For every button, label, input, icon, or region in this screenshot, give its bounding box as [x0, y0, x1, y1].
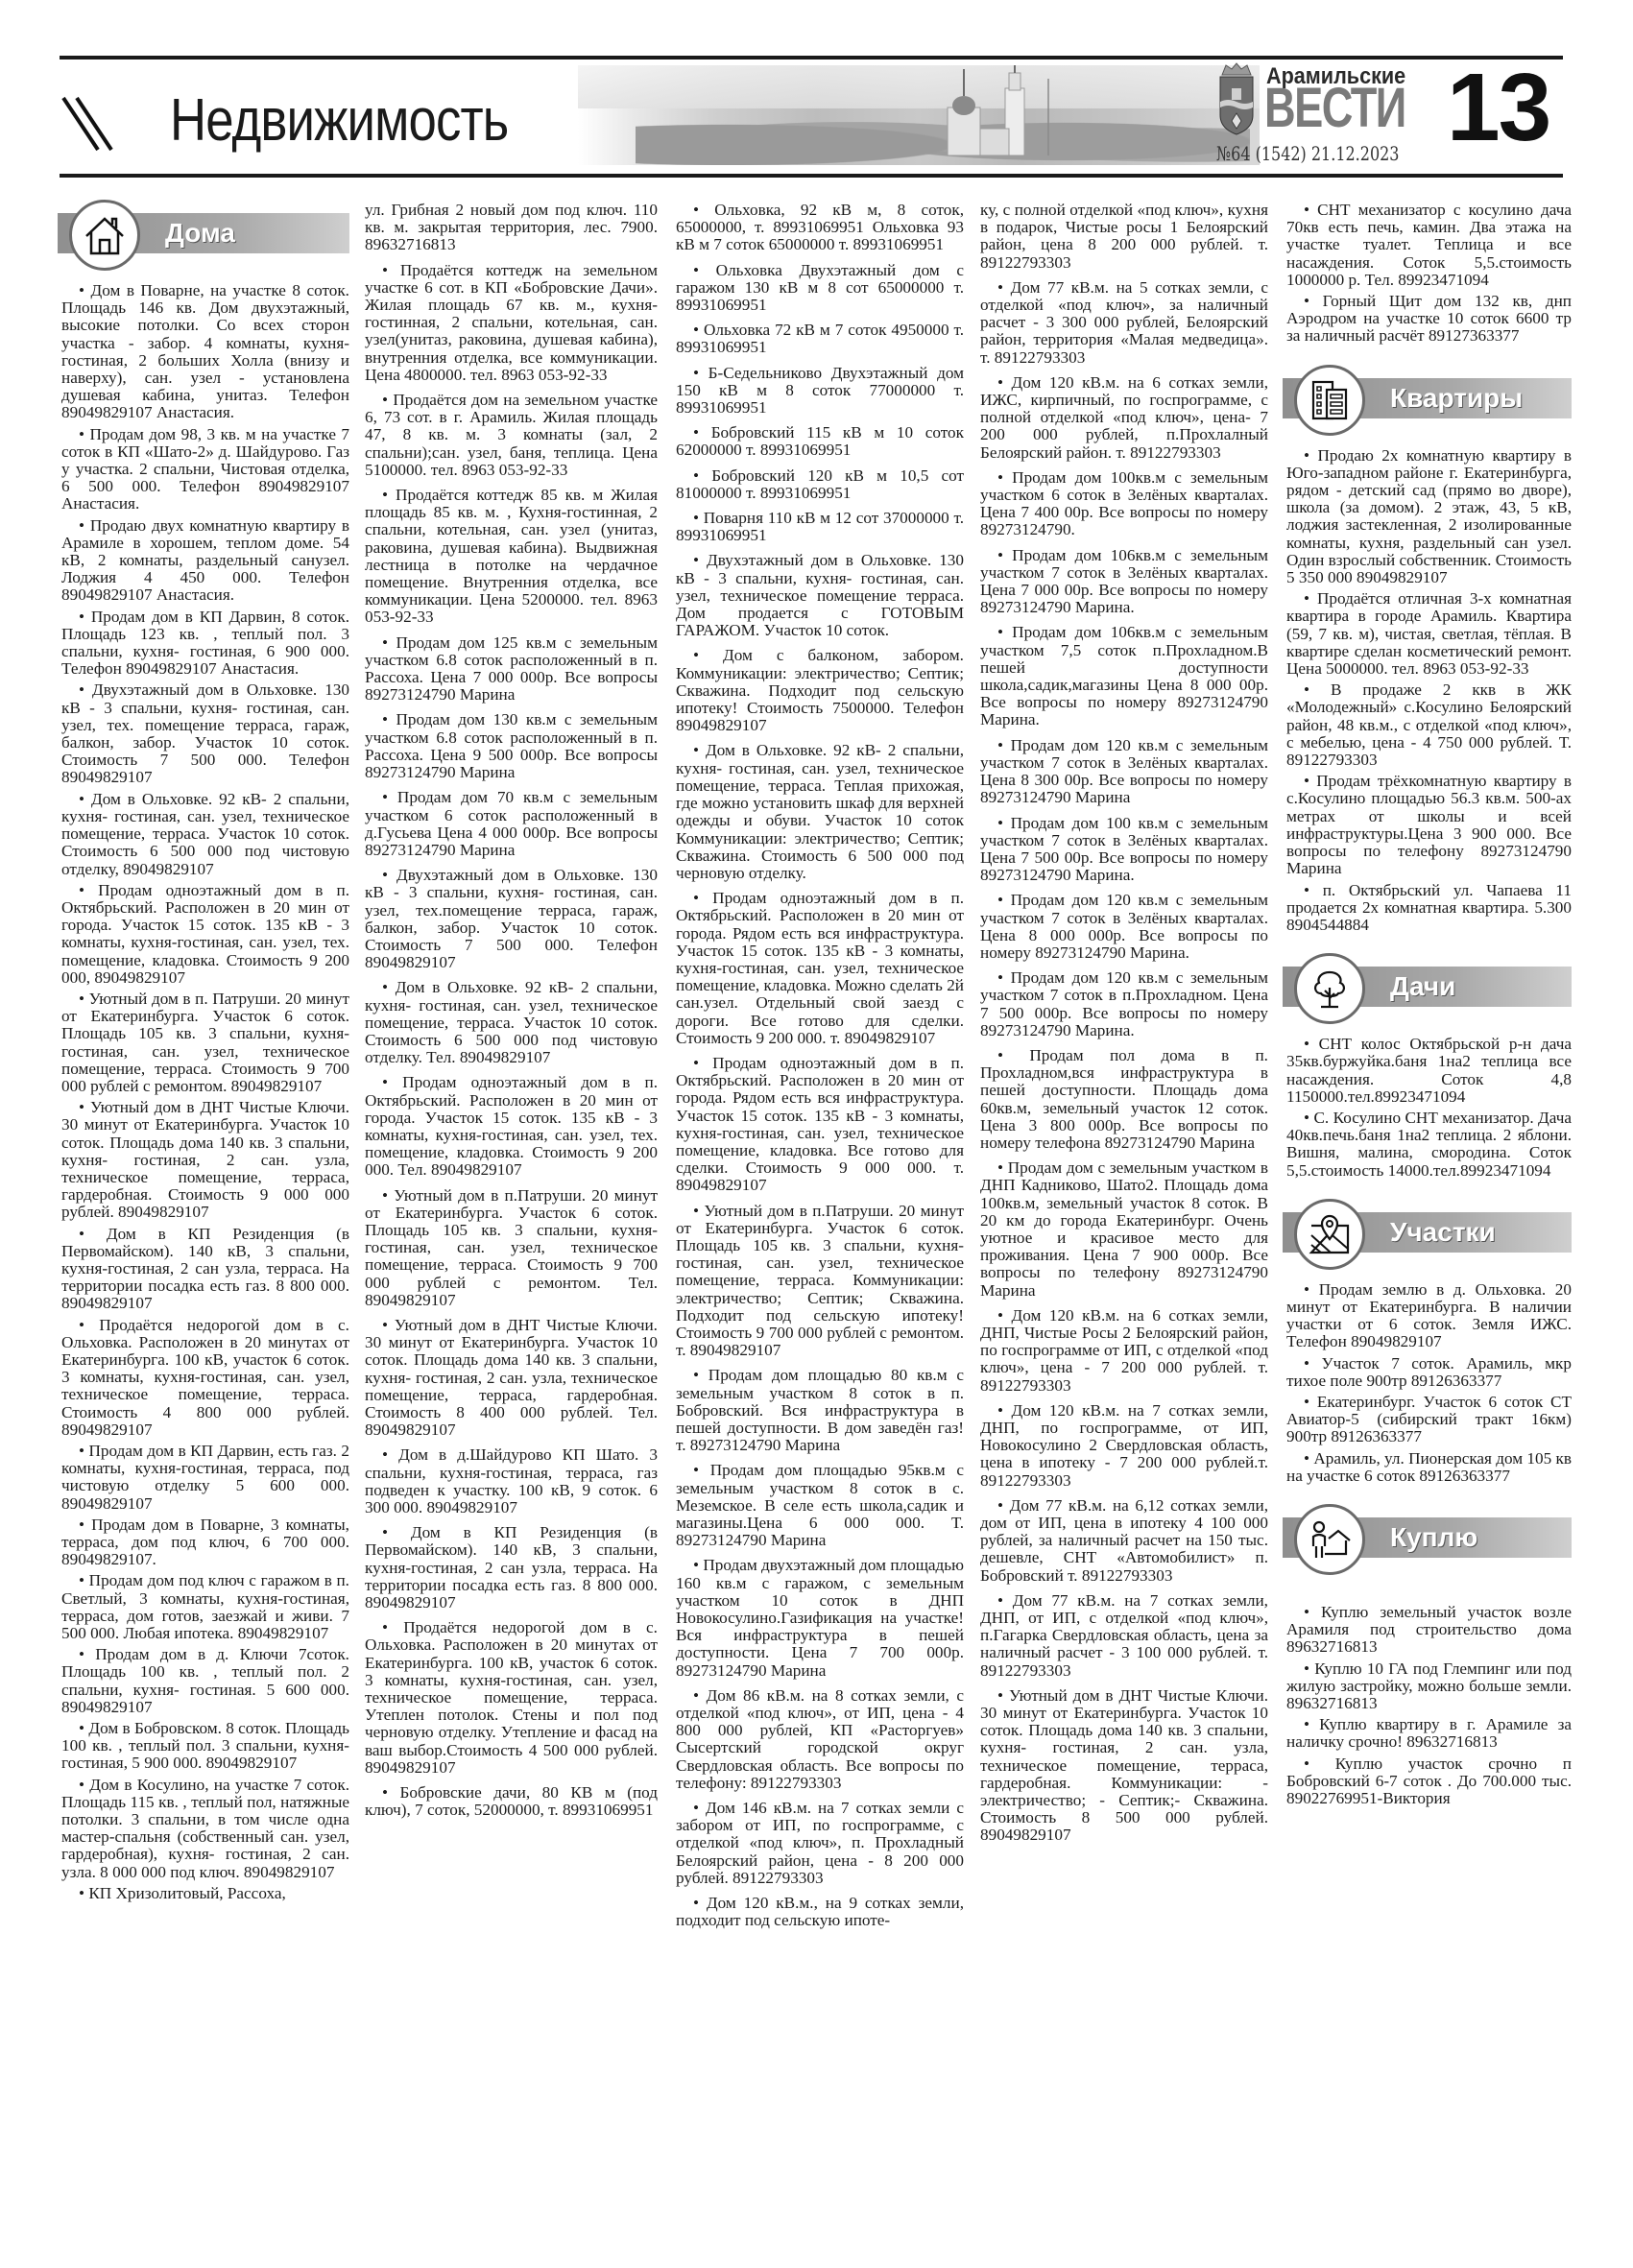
listing: п. Октябрьский ул. Чапаева 11 продается … [1286, 882, 1572, 935]
listing: Дом в Поварне, на участке 8 соток. Площа… [61, 282, 349, 422]
listing: Дом 120 кВ.м. на 6 сотках земли, ДНП, Чи… [980, 1307, 1268, 1395]
listing: Продам дом 130 кв.м с земельным участком… [365, 711, 658, 781]
column-3: Ольховка, 92 кВ м, 8 соток, 65000000, т.… [676, 202, 964, 1937]
section-heading-buy: Куплю [1283, 1506, 1572, 1573]
listing: Куплю участок срочно п Бобровский 6-7 со… [1286, 1755, 1572, 1808]
section-title-dachas: Дачи [1390, 968, 1455, 1005]
listing: Ольховка Двухэтажный дом с гаражом 130 к… [676, 262, 964, 315]
listing: Продам дом под ключ с гаражом в п. Светл… [61, 1572, 349, 1642]
listing: Бобровский 120 кВ м 10,5 сот 81000000 т.… [676, 467, 964, 502]
section-title-apartments: Квартиры [1390, 380, 1523, 417]
listing: Б-Седельниково Двухэтажный дом 150 кВ м … [676, 365, 964, 418]
listing: Продам дом в КП Дарвин, есть газ. 2 комн… [61, 1443, 349, 1513]
listing: С. Косулино СНТ механизатор. Дача 40кв.п… [1286, 1110, 1572, 1180]
listing: Поварня 110 кВ м 12 сот 37000000 т. 8993… [676, 510, 964, 544]
church-landscape-photo [578, 65, 1260, 165]
listing: Екатеринбург. Участок 6 соток СТ Авиатор… [1286, 1394, 1572, 1446]
tree-icon [1308, 967, 1352, 1011]
listing: Продам трёхкомнатную квартиру в с.Косули… [1286, 773, 1572, 877]
listing: Куплю 10 ГА под Глемпинг или под жилую з… [1286, 1660, 1572, 1713]
listing: Дом в Ольховке. 92 кВ- 2 спальни, кухня-… [676, 742, 964, 882]
listing: Дом 146 кВ.м. на 7 сотках земли с заборо… [676, 1800, 964, 1887]
listing: Двухэтажный дом в Ольховке. 130 кВ - 3 с… [676, 552, 964, 639]
listing: Дом в Косулино, на участке 7 соток. Площ… [61, 1777, 349, 1881]
listing: Двухэтажный дом в Ольховке. 130 кВ - 3 с… [61, 681, 349, 786]
listing: Продам дом 120 кв.м с земельным участком… [980, 969, 1268, 1039]
listing: Продам дом 70 кв.м с земельным участком … [365, 789, 658, 859]
section-heading-plots: Участки [1283, 1201, 1572, 1268]
listing: Продам дом в Поварне, 3 комнаты, терраса… [61, 1516, 349, 1569]
house-icon [83, 213, 127, 257]
listing: Продам одноэтажный дом в п. Октябрьский.… [365, 1074, 658, 1179]
double-slash-icon [60, 96, 117, 154]
page-number: 13 [1447, 60, 1549, 155]
listing: Продаётся дом на земельном участке 6, 73… [365, 392, 658, 479]
listing: Дом 120 кВ.м., на 9 сотках земли, подход… [676, 1895, 964, 1929]
listing: Дом 77 кВ.м. на 5 сотках земли, с отделк… [980, 279, 1268, 367]
listing: Продам дом 106кв.м с земельным участком … [980, 547, 1268, 617]
listing: Продам одноэтажный дом в п. Октябрьский.… [676, 1055, 964, 1195]
listing: Уютный дом в ДНТ Чистые Ключи. 30 минут … [61, 1099, 349, 1221]
listing: Продаётся коттедж 85 кв. м Жилая площадь… [365, 487, 658, 627]
listing: Арамиль, ул. Пионерская дом 105 кв на уч… [1286, 1450, 1572, 1485]
listing: Двухэтажный дом в Ольховке. 130 кВ - 3 с… [365, 867, 658, 971]
listing: Куплю земельный участок возле Арамиля по… [1286, 1604, 1572, 1657]
coat-of-arms-icon [1216, 61, 1257, 138]
section-heading-apartments: Квартиры [1283, 367, 1572, 434]
listing: Продаю двух комнатную квартиру в Арамиле… [61, 517, 349, 605]
section-title-houses: Дома [165, 215, 235, 251]
section-title: Недвижимость [170, 86, 508, 155]
listing: Продам дом площадью 80 кв.м с земельным … [676, 1367, 964, 1454]
column-2: ул. Грибная 2 новый дом под ключ. 110 кв… [365, 202, 658, 1826]
listing: Продаётся отличная 3-х комнатная квартир… [1286, 590, 1572, 678]
listing: Дом в д.Шайдурово КП Шато. 3 спальни, ку… [365, 1446, 658, 1516]
listing: Продам дом 100 кв.м с земельным участком… [980, 815, 1268, 885]
listing: Горный Щит дом 132 кв, днп Аэродром на у… [1286, 293, 1572, 346]
section-title-plots: Участки [1390, 1214, 1496, 1251]
newspaper-logo: Арамильские ВЕСТИ №64 (1542) 21.12.2023 [1216, 61, 1466, 167]
newspaper-name-main: ВЕСТИ [1264, 81, 1405, 136]
listing: Дом в Ольховке. 92 кВ- 2 спальни, кухня-… [61, 791, 349, 878]
listing: Продам дом площадью 95кв.м с земельным у… [676, 1462, 964, 1549]
listing: Продам дом в КП Дарвин, 8 соток. Площадь… [61, 609, 349, 679]
listing: Продаётся недорогой дом в с. Ольховка. Р… [61, 1317, 349, 1439]
listing: КП Хризолитовый, Рассоха, [61, 1885, 349, 1902]
listing: Продам дом с земельным участком в ДНП Ка… [980, 1159, 1268, 1300]
masthead-bottom-rule [60, 174, 1563, 178]
listing: Ольховка 72 кВ м 7 соток 4950000 т. 8993… [676, 322, 964, 356]
listing: Уютный дом в ДНТ Чистые Ключи. 30 минут … [365, 1317, 658, 1439]
section-title-buy: Куплю [1390, 1519, 1477, 1556]
column-4: ку, с полной отделкой «под ключ», кухня … [980, 202, 1268, 1852]
listing: СНТ колос Октябрьской р-н дача 35кв.бурж… [1286, 1036, 1572, 1106]
listing: Продам дом 98, 3 кв. м на участке 7 сото… [61, 426, 349, 513]
listing: Участок 7 соток. Арамиль, мкр тихое поле… [1286, 1355, 1572, 1390]
listing: Дом с балконом, забором. Коммуникации: э… [676, 647, 964, 734]
listing: Продам дом 120 кв.м с земельным участком… [980, 892, 1268, 962]
map-pin-icon [1308, 1212, 1352, 1256]
listing: Продаю 2х комнатную квартиру в Юго-запад… [1286, 447, 1572, 587]
listing: Ольховка, 92 кВ м, 8 соток, 65000000, т.… [676, 202, 964, 254]
listing: Продам дом 120 кв.м с земельным участком… [980, 737, 1268, 807]
listing: Продаётся недорогой дом в с. Ольховка. Р… [365, 1619, 658, 1777]
listing-continuation: ку, с полной отделкой «под ключ», кухня … [980, 202, 1268, 272]
column-5: СНТ механизатор с косулино дача 70кв ест… [1286, 202, 1572, 1811]
listing: Уютный дом в п.Патруши. 20 минут от Екат… [365, 1187, 658, 1309]
listing: Продам одноэтажный дом в п. Октябрьский.… [61, 882, 349, 987]
listing: Куплю квартиру в г. Арамиле за наличку с… [1286, 1716, 1572, 1751]
listing: Дом 77 кВ.м. на 6,12 сотках земли, дом о… [980, 1497, 1268, 1585]
listing: Дом 77 кВ.м. на 7 сотках земли, ДНП, от … [980, 1592, 1268, 1680]
listing: Продам одноэтажный дом в п. Октябрьский.… [676, 890, 964, 1047]
listing: Уютный дом в п.Патруши. 20 минут от Екат… [676, 1203, 964, 1360]
listing: Дом в Ольховке. 92 кВ- 2 спальни, кухня-… [365, 979, 658, 1066]
listing: Бобровский 115 кВ м 10 соток 62000000 т.… [676, 424, 964, 459]
listing-continuation: ул. Грибная 2 новый дом под ключ. 110 кв… [365, 202, 658, 254]
listing: Дом в Бобровском. 8 соток. Площадь 100 к… [61, 1720, 349, 1773]
listing: Продам дом 125 кв.м с земельным участком… [365, 634, 658, 704]
listing: Продаётся коттедж на земельном участке 6… [365, 262, 658, 384]
listing: В продаже 2 ккв в ЖК «Молодежный» с.Косу… [1286, 681, 1572, 769]
listing: Дом 120 кВ.м. на 7 сотках земли, ДНП, по… [980, 1402, 1268, 1490]
listing: Дом 120 кВ.м. на 6 сотках земли, ИЖС, ки… [980, 374, 1268, 462]
issue-info: №64 (1542) 21.12.2023 [1216, 142, 1399, 165]
listing: Дом в КП Резиденция (в Первомайском). 14… [365, 1524, 658, 1611]
masthead: Недвижимость Арамильские ВЕСТИ №64 (1542… [60, 60, 1563, 174]
listing: СНТ механизатор с косулино дача 70кв ест… [1286, 202, 1572, 289]
listing: Уютный дом в ДНТ Чистые Ключи. 30 минут … [980, 1687, 1268, 1845]
church-illustration [928, 65, 1063, 159]
listing: Продам пол дома в п. Прохладном,вся инфр… [980, 1047, 1268, 1152]
column-1: Дома Дом в Поварне, на участке 8 соток. … [61, 202, 349, 1906]
listing: Продам дом в д. Ключи 7соток. Площадь 10… [61, 1646, 349, 1716]
listing: Уютный дом в п. Патруши. 20 минут от Ека… [61, 991, 349, 1095]
listing: Продам дом 100кв.м с земельным участком … [980, 469, 1268, 539]
listing: Дом 86 кВ.м. на 8 сотках земли, с отделк… [676, 1687, 964, 1792]
listing: Бобровские дачи, 80 КВ м (под ключ), 7 с… [365, 1784, 658, 1819]
listing: Продам двухэтажный дом площадью 160 кв.м… [676, 1557, 964, 1679]
listing: Продам дом 106кв.м с земельным участком … [980, 624, 1268, 728]
section-heading-dachas: Дачи [1283, 955, 1572, 1022]
apartment-building-icon [1308, 378, 1352, 422]
person-house-icon [1308, 1517, 1352, 1562]
section-heading-houses: Дома [58, 202, 349, 269]
listing: Продам землю в д. Ольховка. 20 минут от … [1286, 1281, 1572, 1351]
listing: Дом в КП Резиденция (в Первомайском). 14… [61, 1226, 349, 1313]
